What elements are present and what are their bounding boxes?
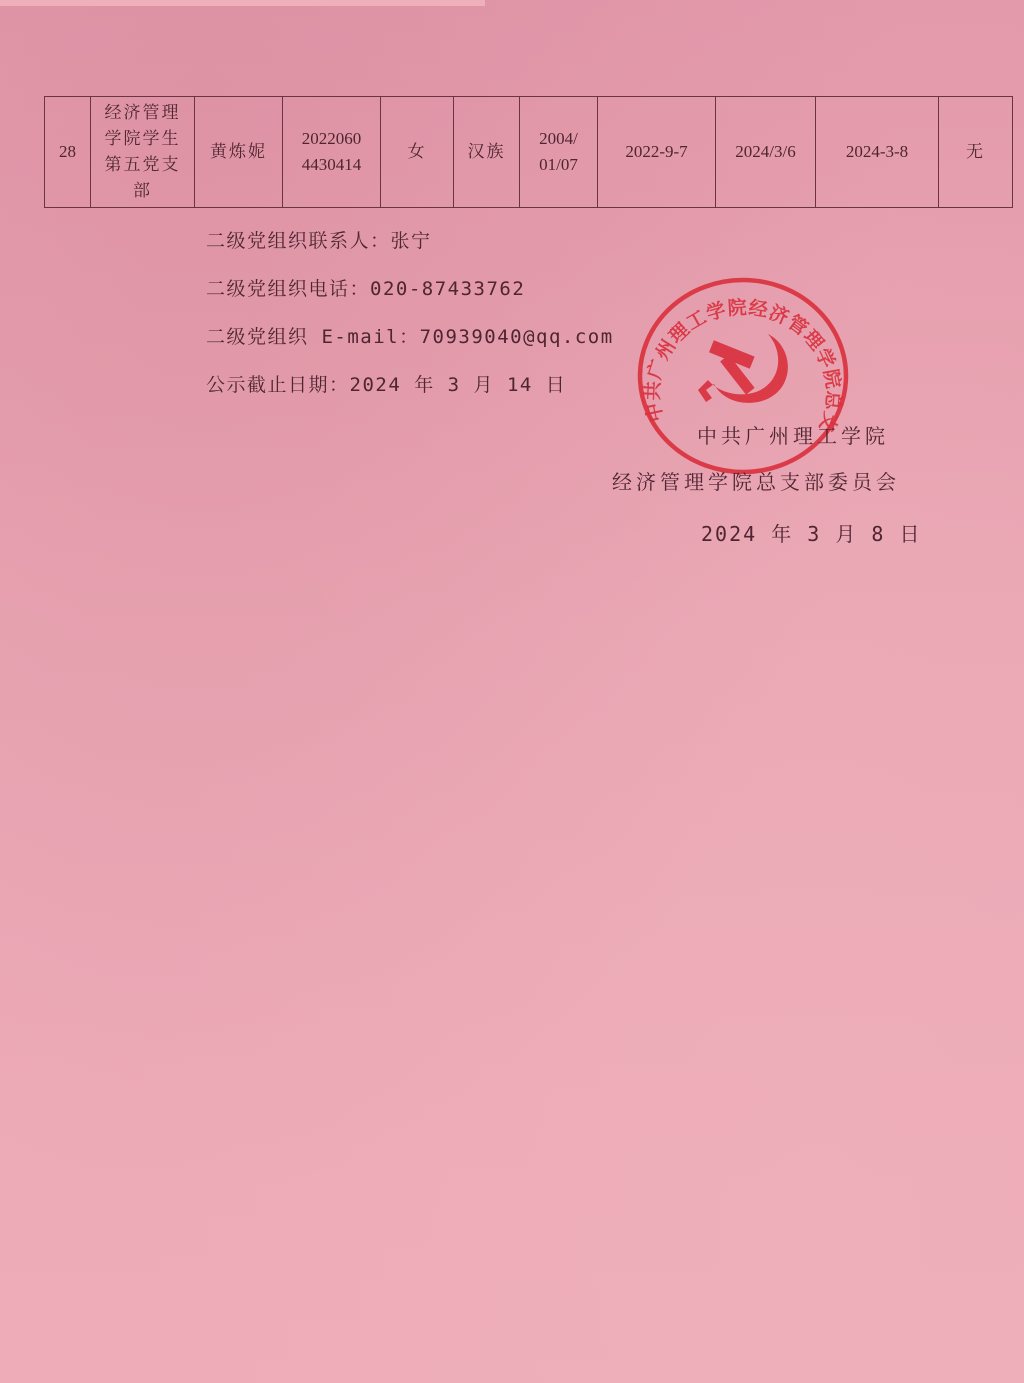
contact-phone: 二级党组织电话：020-87433762 (206, 274, 525, 301)
signature-org-line1: 中共广州理工学院 (697, 420, 889, 449)
cell-remarks: 无 (939, 97, 1013, 208)
hammer-sickle-icon (698, 334, 788, 403)
cell-application-date: 2022-9-7 (598, 97, 716, 208)
cell-ethnicity: 汉族 (454, 97, 520, 208)
cell-index: 28 (45, 97, 91, 208)
paper-edge (0, 0, 485, 6)
candidate-table: 28 经济管理 学院学生 第五党支 部 黄炼妮 2022060 4430414 … (44, 96, 1013, 208)
contact-person: 二级党组织联系人：张宁 (206, 226, 432, 253)
cell-branch: 经济管理 学院学生 第五党支 部 (91, 97, 195, 208)
signature-org-line2: 经济管理学院总支部委员会 (612, 466, 900, 495)
contact-email: 二级党组织 E-mail：70939040@qq.com (206, 322, 614, 349)
cell-approval-date: 2024-3-8 (816, 97, 939, 208)
cell-activist-date: 2024/3/6 (716, 97, 816, 208)
publicity-deadline: 公示截止日期：2024 年 3 月 14 日 (206, 370, 566, 397)
cell-name: 黄炼妮 (195, 97, 283, 208)
table-row: 28 经济管理 学院学生 第五党支 部 黄炼妮 2022060 4430414 … (45, 97, 1013, 208)
cell-student-id: 2022060 4430414 (283, 97, 381, 208)
cell-gender: 女 (381, 97, 454, 208)
cell-birth-date: 2004/ 01/07 (520, 97, 598, 208)
signature-date: 2024 年 3 月 8 日 (701, 518, 921, 547)
